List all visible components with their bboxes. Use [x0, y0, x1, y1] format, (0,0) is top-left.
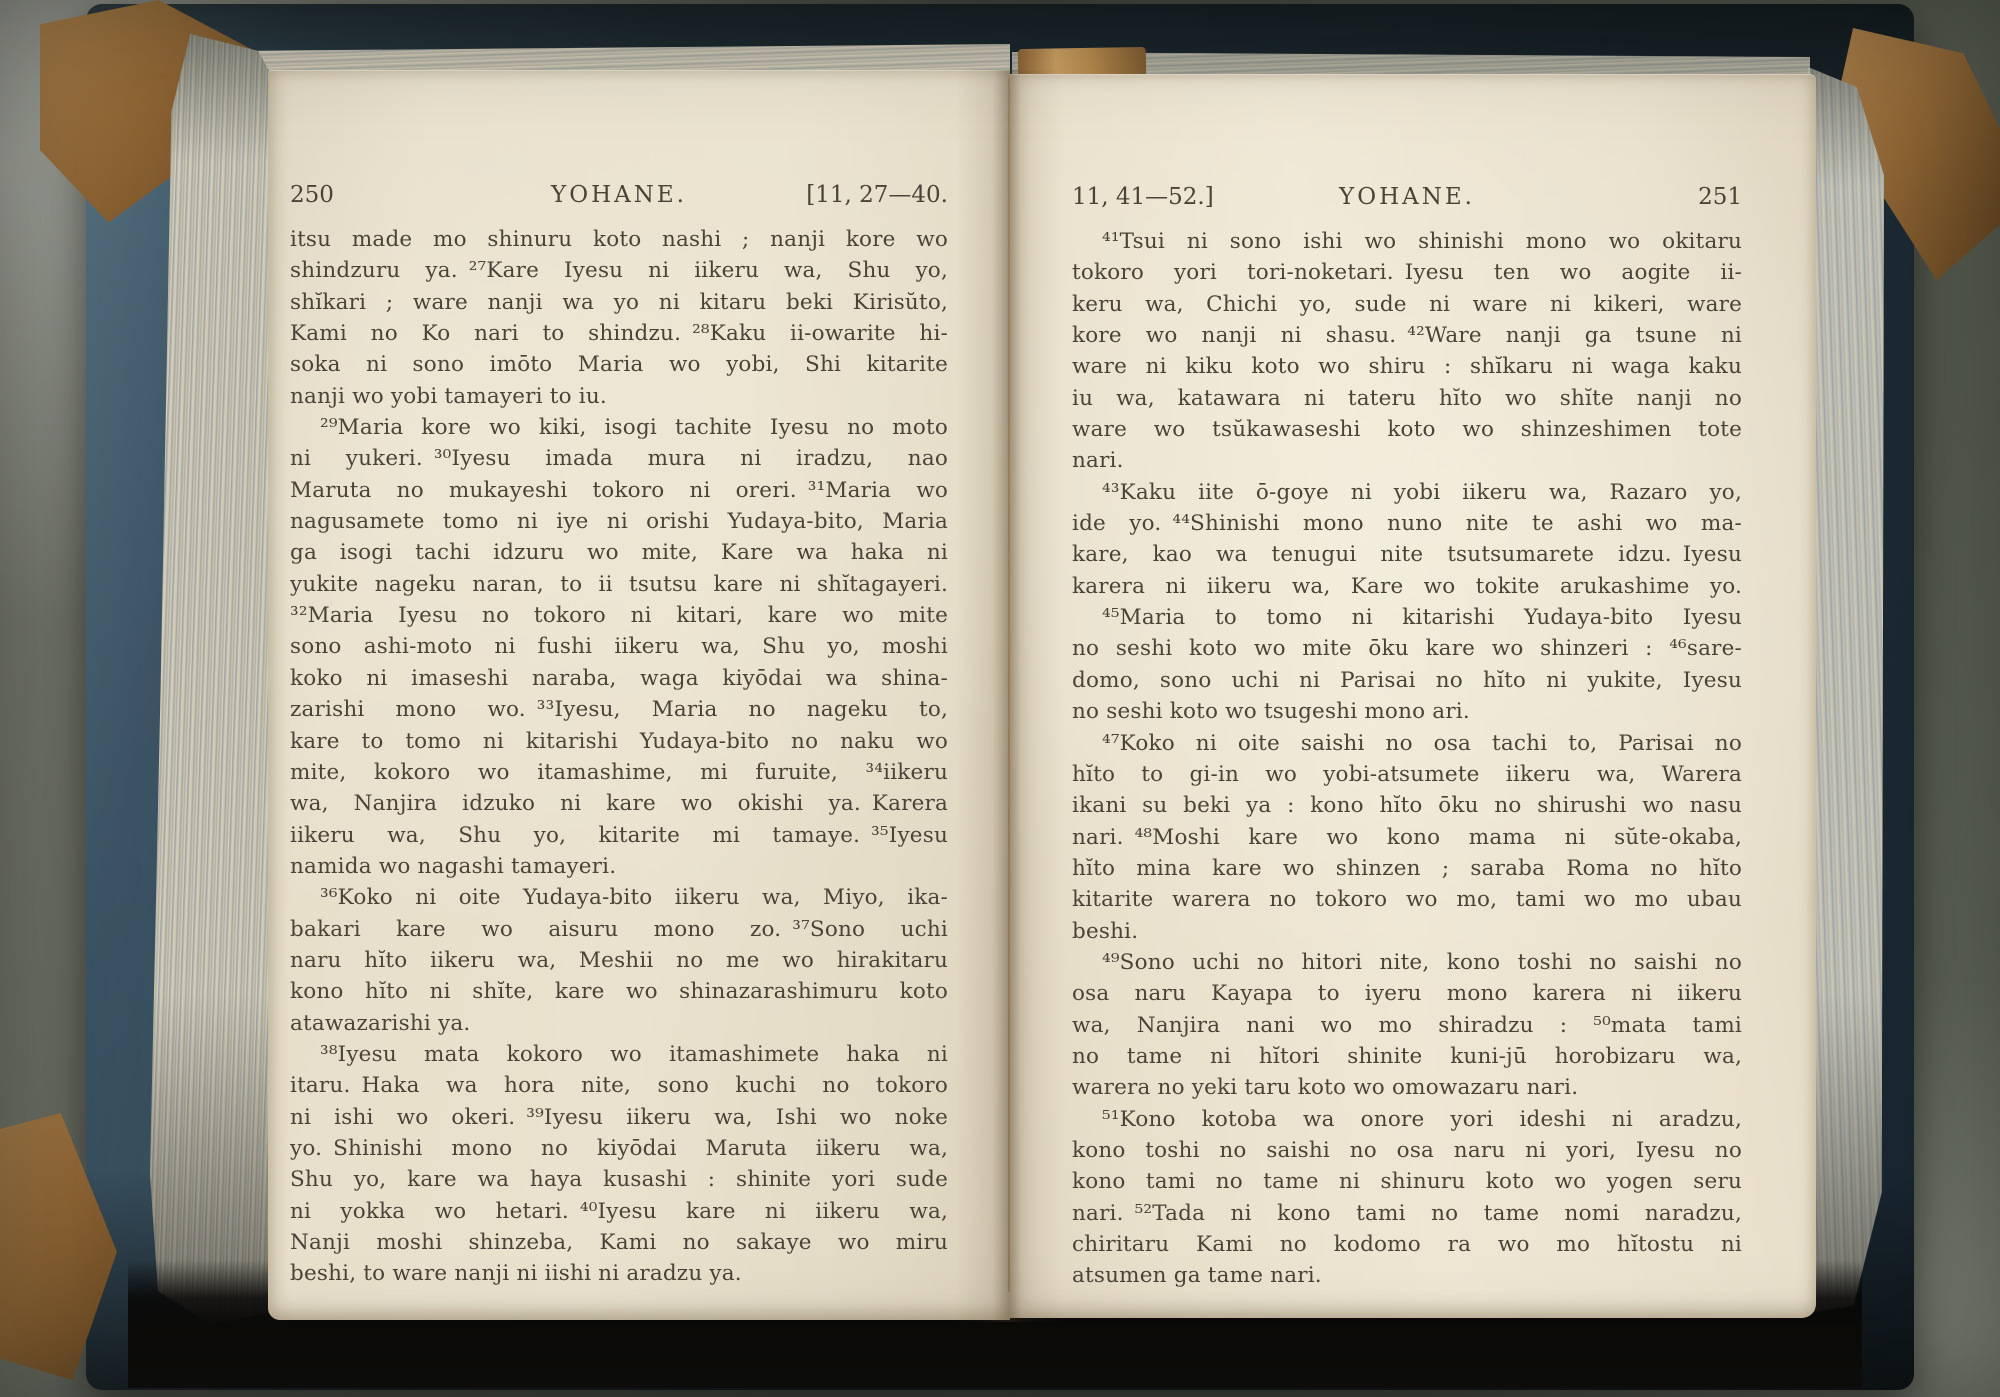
text-line: nagusamete tomo ni iye ni orishi Yudaya-… [290, 506, 948, 537]
text-line: ga isogi tachi idzuru wo mite, Kare wa h… [290, 537, 948, 568]
text-line: ⁴⁵Maria to tomo ni kitarishi Yudaya-bito… [1072, 602, 1742, 633]
text-line: kono tami no tame ni shinuru koto wo yog… [1072, 1166, 1742, 1197]
right-text-column: 11, 41—52.] YOHANE. 251 ⁴¹Tsui ni sono i… [1072, 184, 1742, 1292]
left-text-column: 250 YOHANE. [11, 27—40. itsu made mo shi… [290, 182, 948, 1290]
right-page: 11, 41—52.] YOHANE. 251 ⁴¹Tsui ni sono i… [1010, 74, 1816, 1318]
text-line: ni yukeri. ³⁰Iyesu imada mura ni iradzu,… [290, 443, 948, 474]
text-line: beshi, to ware nanji ni iishi ni aradzu … [290, 1258, 948, 1289]
text-line: Shu yo, kare wa haya kusashi : shinite y… [290, 1164, 948, 1195]
page-edges-left [150, 34, 284, 1330]
right-page-number: 251 [1698, 184, 1742, 210]
text-line: ³²Maria Iyesu no tokoro ni kitari, kare … [290, 600, 948, 631]
text-line: beshi. [1072, 916, 1742, 947]
text-line: bakari kare wo aisuru mono zo. ³⁷Sono uc… [290, 914, 948, 945]
text-line: ³⁸Iyesu mata kokoro wo itamashimete haka… [290, 1039, 948, 1070]
text-line: shindzuru ya. ²⁷Kare Iyesu ni iikeru wa,… [290, 255, 948, 286]
text-line: Maruta no mukayeshi tokoro ni oreri. ³¹M… [290, 475, 948, 506]
text-line: ²⁹Maria kore wo kiki, isogi tachite Iyes… [290, 412, 948, 443]
left-page: 250 YOHANE. [11, 27—40. itsu made mo shi… [268, 70, 1010, 1320]
text-line: kare, kao wa tenugui nite tsutsumarete i… [1072, 539, 1742, 570]
text-line: ide yo. ⁴⁴Shinishi mono nuno nite te ash… [1072, 508, 1742, 539]
text-line: shĭkari ; ware nanji wa yo ni kitaru bek… [290, 287, 948, 318]
text-line: koko ni imaseshi naraba, waga kiyōdai wa… [290, 663, 948, 694]
text-line: Nanji moshi shinzeba, Kami no sakaye wo … [290, 1227, 948, 1258]
text-line: osa naru Kayapa to iyeru mono karera ni … [1072, 978, 1742, 1009]
text-line: domo, sono uchi ni Parisai no hĭto ni yu… [1072, 665, 1742, 696]
text-line: ware wo tsŭkawaseshi koto wo shinzeshime… [1072, 414, 1742, 445]
text-line: yukite nageku naran, to ii tsutsu kare n… [290, 569, 948, 600]
text-line: atawazarishi ya. [290, 1008, 948, 1039]
text-line: hĭto to gi-in wo yobi-atsumete iikeru wa… [1072, 759, 1742, 790]
text-line: sono ashi-moto ni fushi iikeru wa, Shu y… [290, 631, 948, 662]
text-line: nari. [1072, 445, 1742, 476]
text-line: Kami no Ko nari to shindzu. ²⁸Kaku ii-ow… [290, 318, 948, 349]
text-line: ni yokka wo hetari. ⁴⁰Iyesu kare ni iike… [290, 1196, 948, 1227]
text-line: ikani su beki ya : kono hĭto ōku no shir… [1072, 790, 1742, 821]
right-page-header: 11, 41—52.] YOHANE. 251 [1072, 184, 1742, 224]
text-line: ⁵¹Kono kotoba wa onore yori ideshi ni ar… [1072, 1104, 1742, 1135]
page-edges-right [1808, 62, 1884, 1318]
text-line: tokoro yori tori-noketari. Iyesu ten wo … [1072, 257, 1742, 288]
text-line: ware ni kiku koto wo shiru : shĭkaru ni … [1072, 351, 1742, 382]
text-line: ⁴⁹Sono uchi no hitori nite, kono toshi n… [1072, 947, 1742, 978]
text-line: kitarite warera no tokoro wo mo, tami wo… [1072, 884, 1742, 915]
text-line: kare to tomo ni kitarishi Yudaya-bito no… [290, 726, 948, 757]
left-running-title: YOHANE. [551, 182, 687, 208]
text-line: chiritaru Kami no kodomo ra wo mo hĭtost… [1072, 1229, 1742, 1260]
left-page-number: 250 [290, 182, 334, 208]
left-page-header: 250 YOHANE. [11, 27—40. [290, 182, 948, 222]
right-running-title: YOHANE. [1339, 184, 1475, 210]
text-line: namida wo nagashi tamayeri. [290, 851, 948, 882]
text-line: no seshi koto wo mite ōku kare wo shinze… [1072, 633, 1742, 664]
left-chapter-verse-ref: [11, 27—40. [806, 182, 948, 208]
text-line: yo. Shinishi mono no kiyōdai Maruta iike… [290, 1133, 948, 1164]
text-line: hĭto mina kare wo shinzen ; saraba Roma … [1072, 853, 1742, 884]
text-line: itaru. Haka wa hora nite, sono kuchi no … [290, 1070, 948, 1101]
text-line: soka ni sono imōto Maria wo yobi, Shi ki… [290, 349, 948, 380]
text-line: kore wo nanji ni shasu. ⁴²Ware nanji ga … [1072, 320, 1742, 351]
text-line: no tame ni hĭtori shinite kuni-jū horobi… [1072, 1041, 1742, 1072]
text-line: nanji wo yobi tamayeri to iu. [290, 381, 948, 412]
photo-backdrop: 250 YOHANE. [11, 27—40. itsu made mo shi… [0, 0, 2000, 1397]
text-line: iikeru wa, Shu yo, kitarite mi tamaye. ³… [290, 820, 948, 851]
text-line: ⁴³Kaku iite ō-goye ni yobi iikeru wa, Ra… [1072, 477, 1742, 508]
text-line: nari. ⁴⁸Moshi kare wo kono mama ni sŭte-… [1072, 822, 1742, 853]
text-line: atsumen ga tame nari. [1072, 1260, 1742, 1291]
text-line: naru hĭto iikeru wa, Meshii no me wo hir… [290, 945, 948, 976]
text-line: mite, kokoro wo itamashime, mi furuite, … [290, 757, 948, 788]
text-line: nari. ⁵²Tada ni kono tami no tame nomi n… [1072, 1198, 1742, 1229]
text-line: wa, Nanjira idzuko ni kare wo okishi ya.… [290, 788, 948, 819]
text-line: warera no yeki taru koto wo omowazaru na… [1072, 1072, 1742, 1103]
text-line: wa, Nanjira nani wo mo shiradzu : ⁵⁰mata… [1072, 1010, 1742, 1041]
text-line: ⁴⁷Koko ni oite saishi no osa tachi to, P… [1072, 728, 1742, 759]
text-line: kono toshi no saishi no osa naru ni yori… [1072, 1135, 1742, 1166]
text-line: itsu made mo shinuru koto nashi ; nanji … [290, 224, 948, 255]
text-line: no seshi koto wo tsugeshi mono ari. [1072, 696, 1742, 727]
text-line: keru wa, Chichi yo, sude ni ware ni kike… [1072, 289, 1742, 320]
right-chapter-verse-ref: 11, 41—52.] [1072, 184, 1214, 210]
text-line: ⁴¹Tsui ni sono ishi wo shinishi mono wo … [1072, 226, 1742, 257]
right-page-text: ⁴¹Tsui ni sono ishi wo shinishi mono wo … [1072, 226, 1742, 1292]
text-line: zarishi mono wo. ³³Iyesu, Maria no nagek… [290, 694, 948, 725]
left-page-text: itsu made mo shinuru koto nashi ; nanji … [290, 224, 948, 1290]
text-line: ³⁶Koko ni oite Yudaya-bito iikeru wa, Mi… [290, 882, 948, 913]
text-line: ni ishi wo okeri. ³⁹Iyesu iikeru wa, Ish… [290, 1102, 948, 1133]
text-line: kono hĭto ni shĭte, kare wo shinazarashi… [290, 976, 948, 1007]
text-line: iu wa, katawara ni tateru hĭto wo shĭte … [1072, 383, 1742, 414]
text-line: karera ni iikeru wa, Kare wo tokite aruk… [1072, 571, 1742, 602]
